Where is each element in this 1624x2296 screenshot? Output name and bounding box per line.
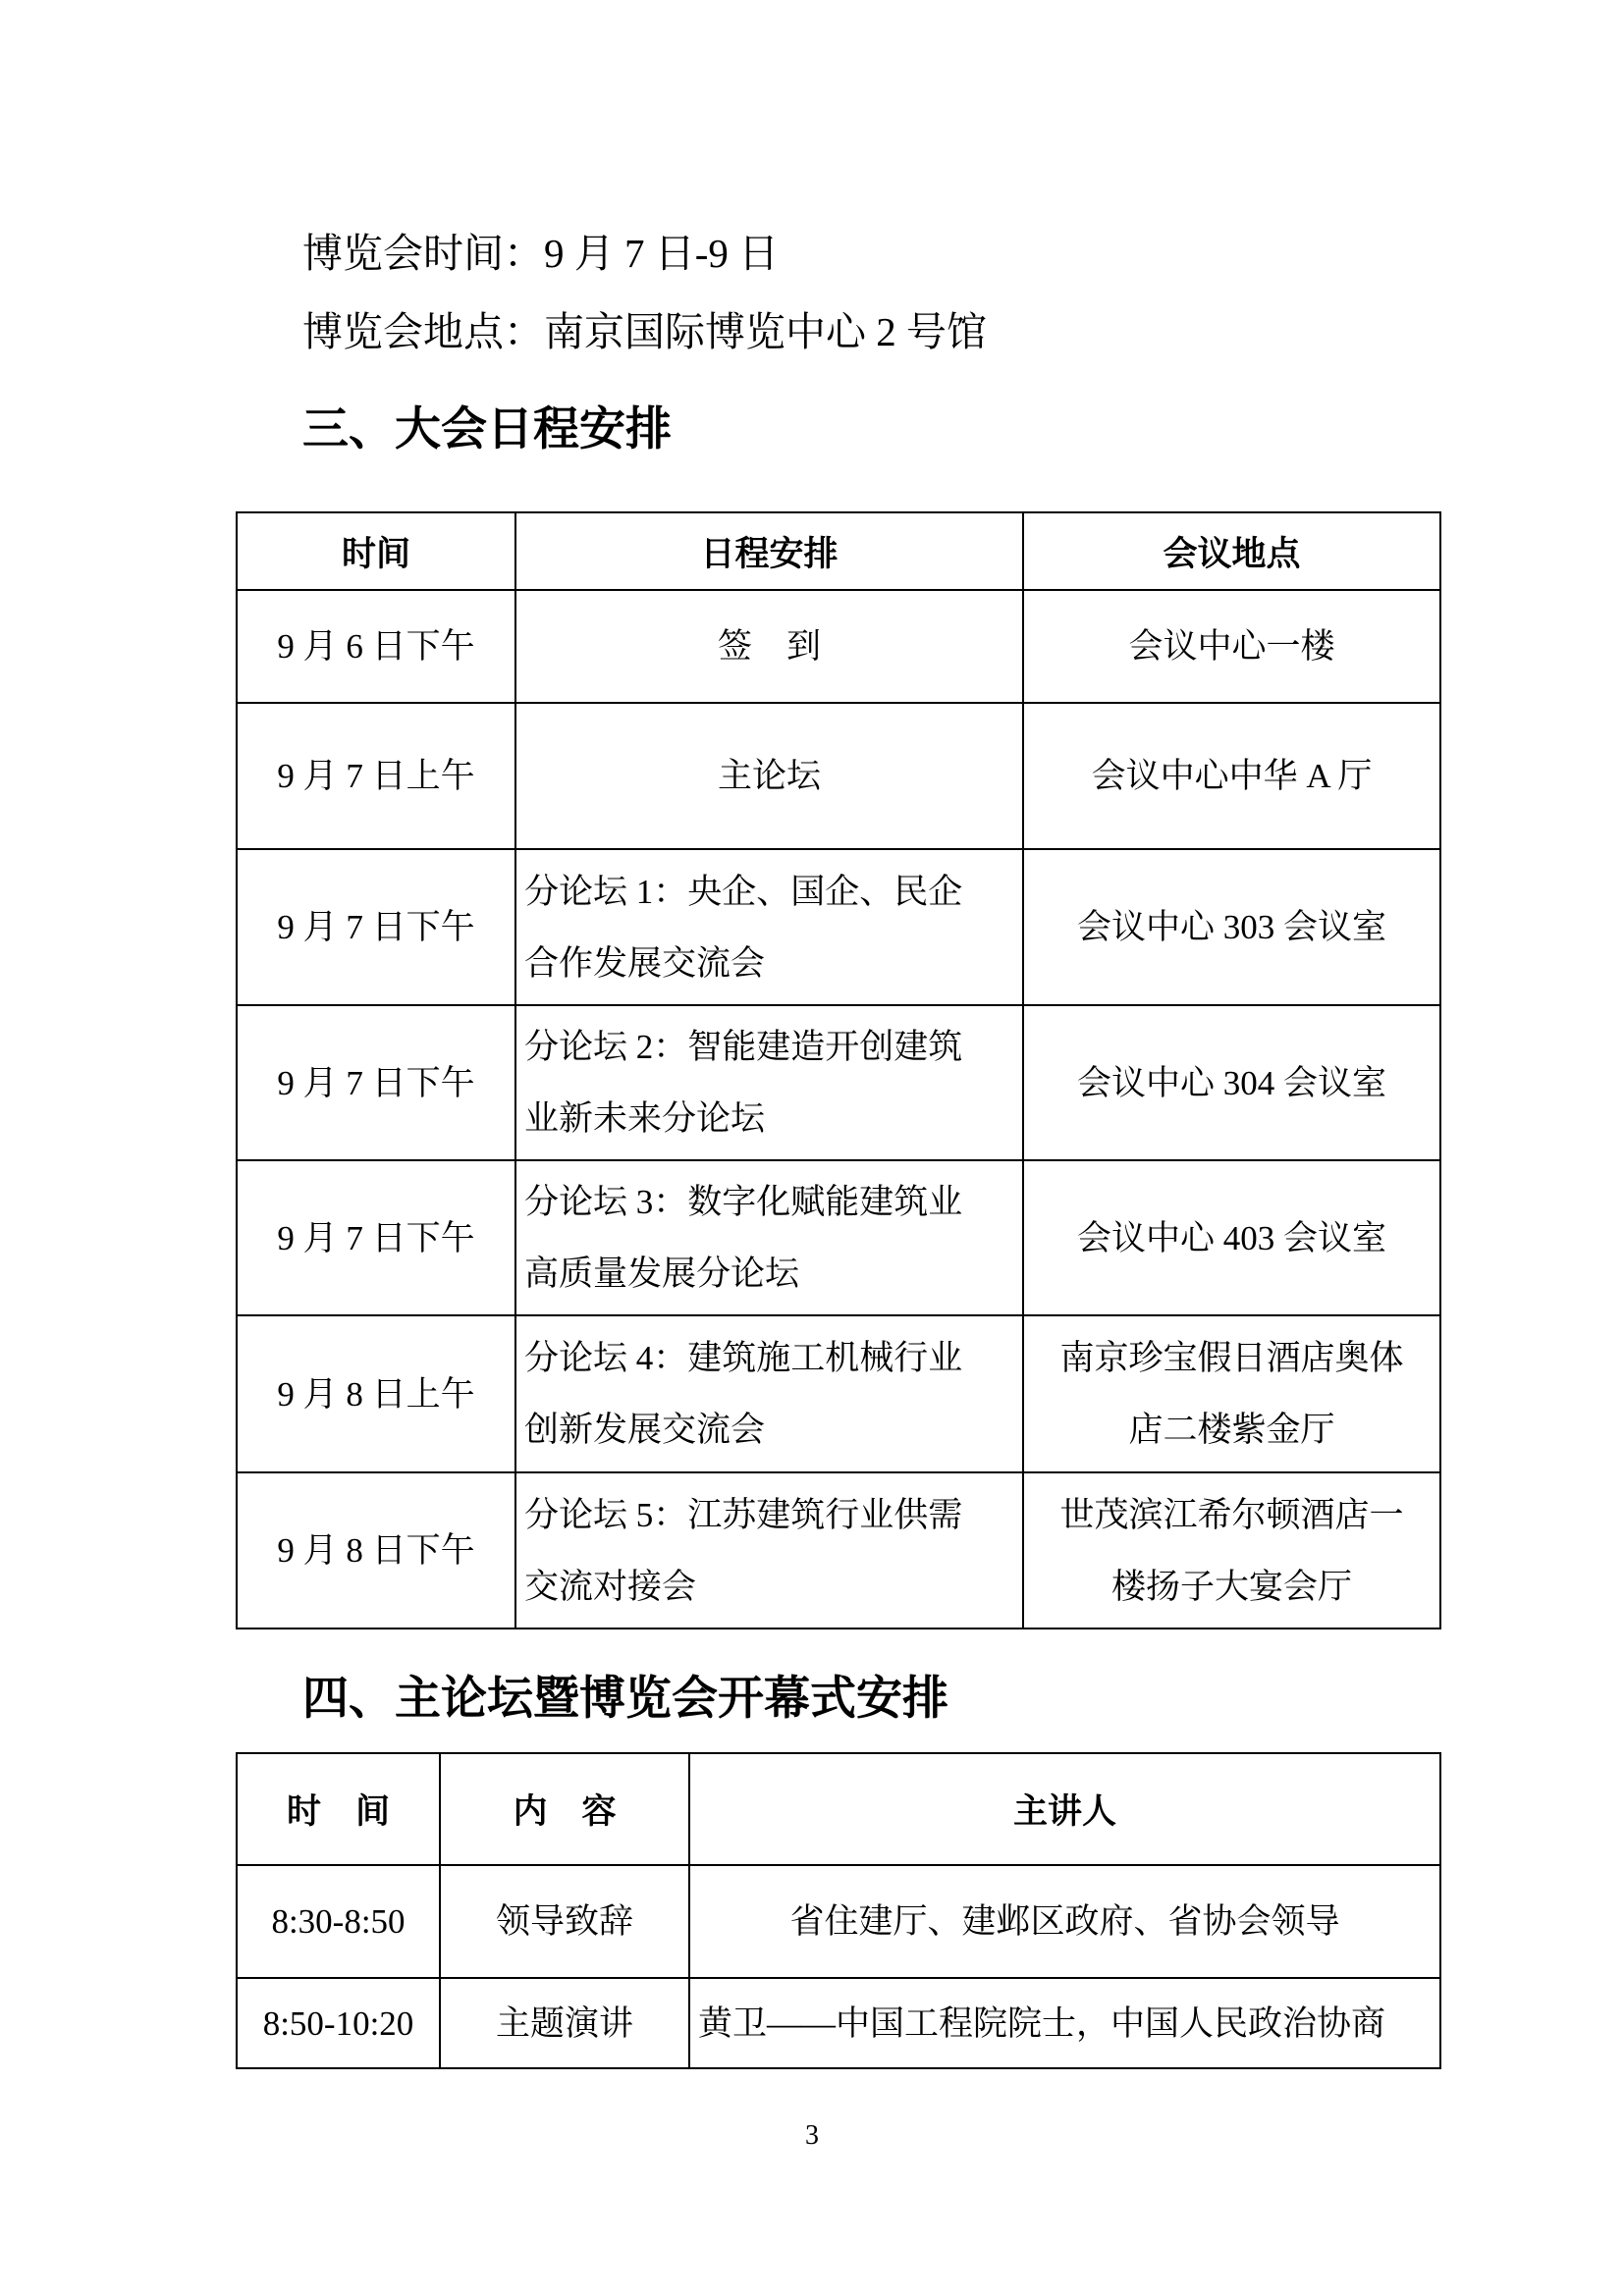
schedule-header-time: 时间 <box>238 513 516 591</box>
schedule-table: 时间 日程安排 会议地点 9 月 6 日下午 签 到 会议中心一楼 9 月 7 … <box>236 511 1441 1629</box>
schedule-row-location: 会议中心中华 A 厅 <box>1024 704 1439 850</box>
forum-row-speaker: 黄卫——中国工程院院士，中国人民政治协商 <box>690 1979 1439 2067</box>
schedule-row-location: 会议中心一楼 <box>1024 591 1439 704</box>
schedule-row-location: 会议中心 303 会议室 <box>1024 850 1439 1006</box>
schedule-row-time: 9 月 6 日下午 <box>238 591 516 704</box>
schedule-row-location: 会议中心 304 会议室 <box>1024 1006 1439 1161</box>
schedule-row-time: 9 月 8 日上午 <box>238 1316 516 1473</box>
schedule-row-item: 分论坛 5：江苏建筑行业供需 交流对接会 <box>516 1473 1024 1628</box>
schedule-row-item: 主论坛 <box>516 704 1024 850</box>
schedule-row-time: 9 月 7 日下午 <box>238 1006 516 1161</box>
forum-row-time: 8:50-10:20 <box>238 1979 441 2067</box>
expo-location-line: 博览会地点：南京国际博览中心 2 号馆 <box>302 309 987 354</box>
schedule-row-item: 分论坛 3：数字化赋能建筑业 高质量发展分论坛 <box>516 1161 1024 1316</box>
forum-row-content: 主题演讲 <box>441 1979 690 2067</box>
page-number: 3 <box>0 2120 1624 2152</box>
schedule-row-time: 9 月 7 日下午 <box>238 850 516 1006</box>
forum-header-speaker: 主讲人 <box>690 1754 1439 1866</box>
section-heading-schedule: 三、大会日程安排 <box>302 400 672 458</box>
expo-time-line: 博览会时间：9 月 7 日-9 日 <box>302 231 779 276</box>
schedule-row-item: 分论坛 2：智能建造开创建筑 业新未来分论坛 <box>516 1006 1024 1161</box>
schedule-row-location: 南京珍宝假日酒店奥体 店二楼紫金厅 <box>1024 1316 1439 1473</box>
forum-row-time: 8:30-8:50 <box>238 1866 441 1979</box>
schedule-row-location: 会议中心 403 会议室 <box>1024 1161 1439 1316</box>
schedule-row-item: 分论坛 1：央企、国企、民企 合作发展交流会 <box>516 850 1024 1006</box>
schedule-header-item: 日程安排 <box>516 513 1024 591</box>
schedule-header-location: 会议地点 <box>1024 513 1439 591</box>
forum-row-content: 领导致辞 <box>441 1866 690 1979</box>
schedule-row-time: 9 月 7 日下午 <box>238 1161 516 1316</box>
section-heading-forum: 四、主论坛暨博览会开幕式安排 <box>302 1669 948 1728</box>
schedule-row-time: 9 月 8 日下午 <box>238 1473 516 1628</box>
schedule-row-item: 分论坛 4：建筑施工机械行业 创新发展交流会 <box>516 1316 1024 1473</box>
schedule-row-time: 9 月 7 日上午 <box>238 704 516 850</box>
forum-table: 时 间 内 容 主讲人 8:30-8:50 领导致辞 省住建厅、建邺区政府、省协… <box>236 1752 1441 2069</box>
schedule-row-location: 世茂滨江希尔顿酒店一 楼扬子大宴会厅 <box>1024 1473 1439 1628</box>
document-page: 博览会时间：9 月 7 日-9 日博览会地点：南京国际博览中心 2 号馆 三、大… <box>0 0 1624 2296</box>
forum-row-speaker: 省住建厅、建邺区政府、省协会领导 <box>690 1866 1439 1979</box>
schedule-row-item: 签 到 <box>516 591 1024 704</box>
forum-header-time: 时 间 <box>238 1754 441 1866</box>
expo-info-block: 博览会时间：9 月 7 日-9 日博览会地点：南京国际博览中心 2 号馆 <box>302 214 987 371</box>
forum-header-content: 内 容 <box>441 1754 690 1866</box>
